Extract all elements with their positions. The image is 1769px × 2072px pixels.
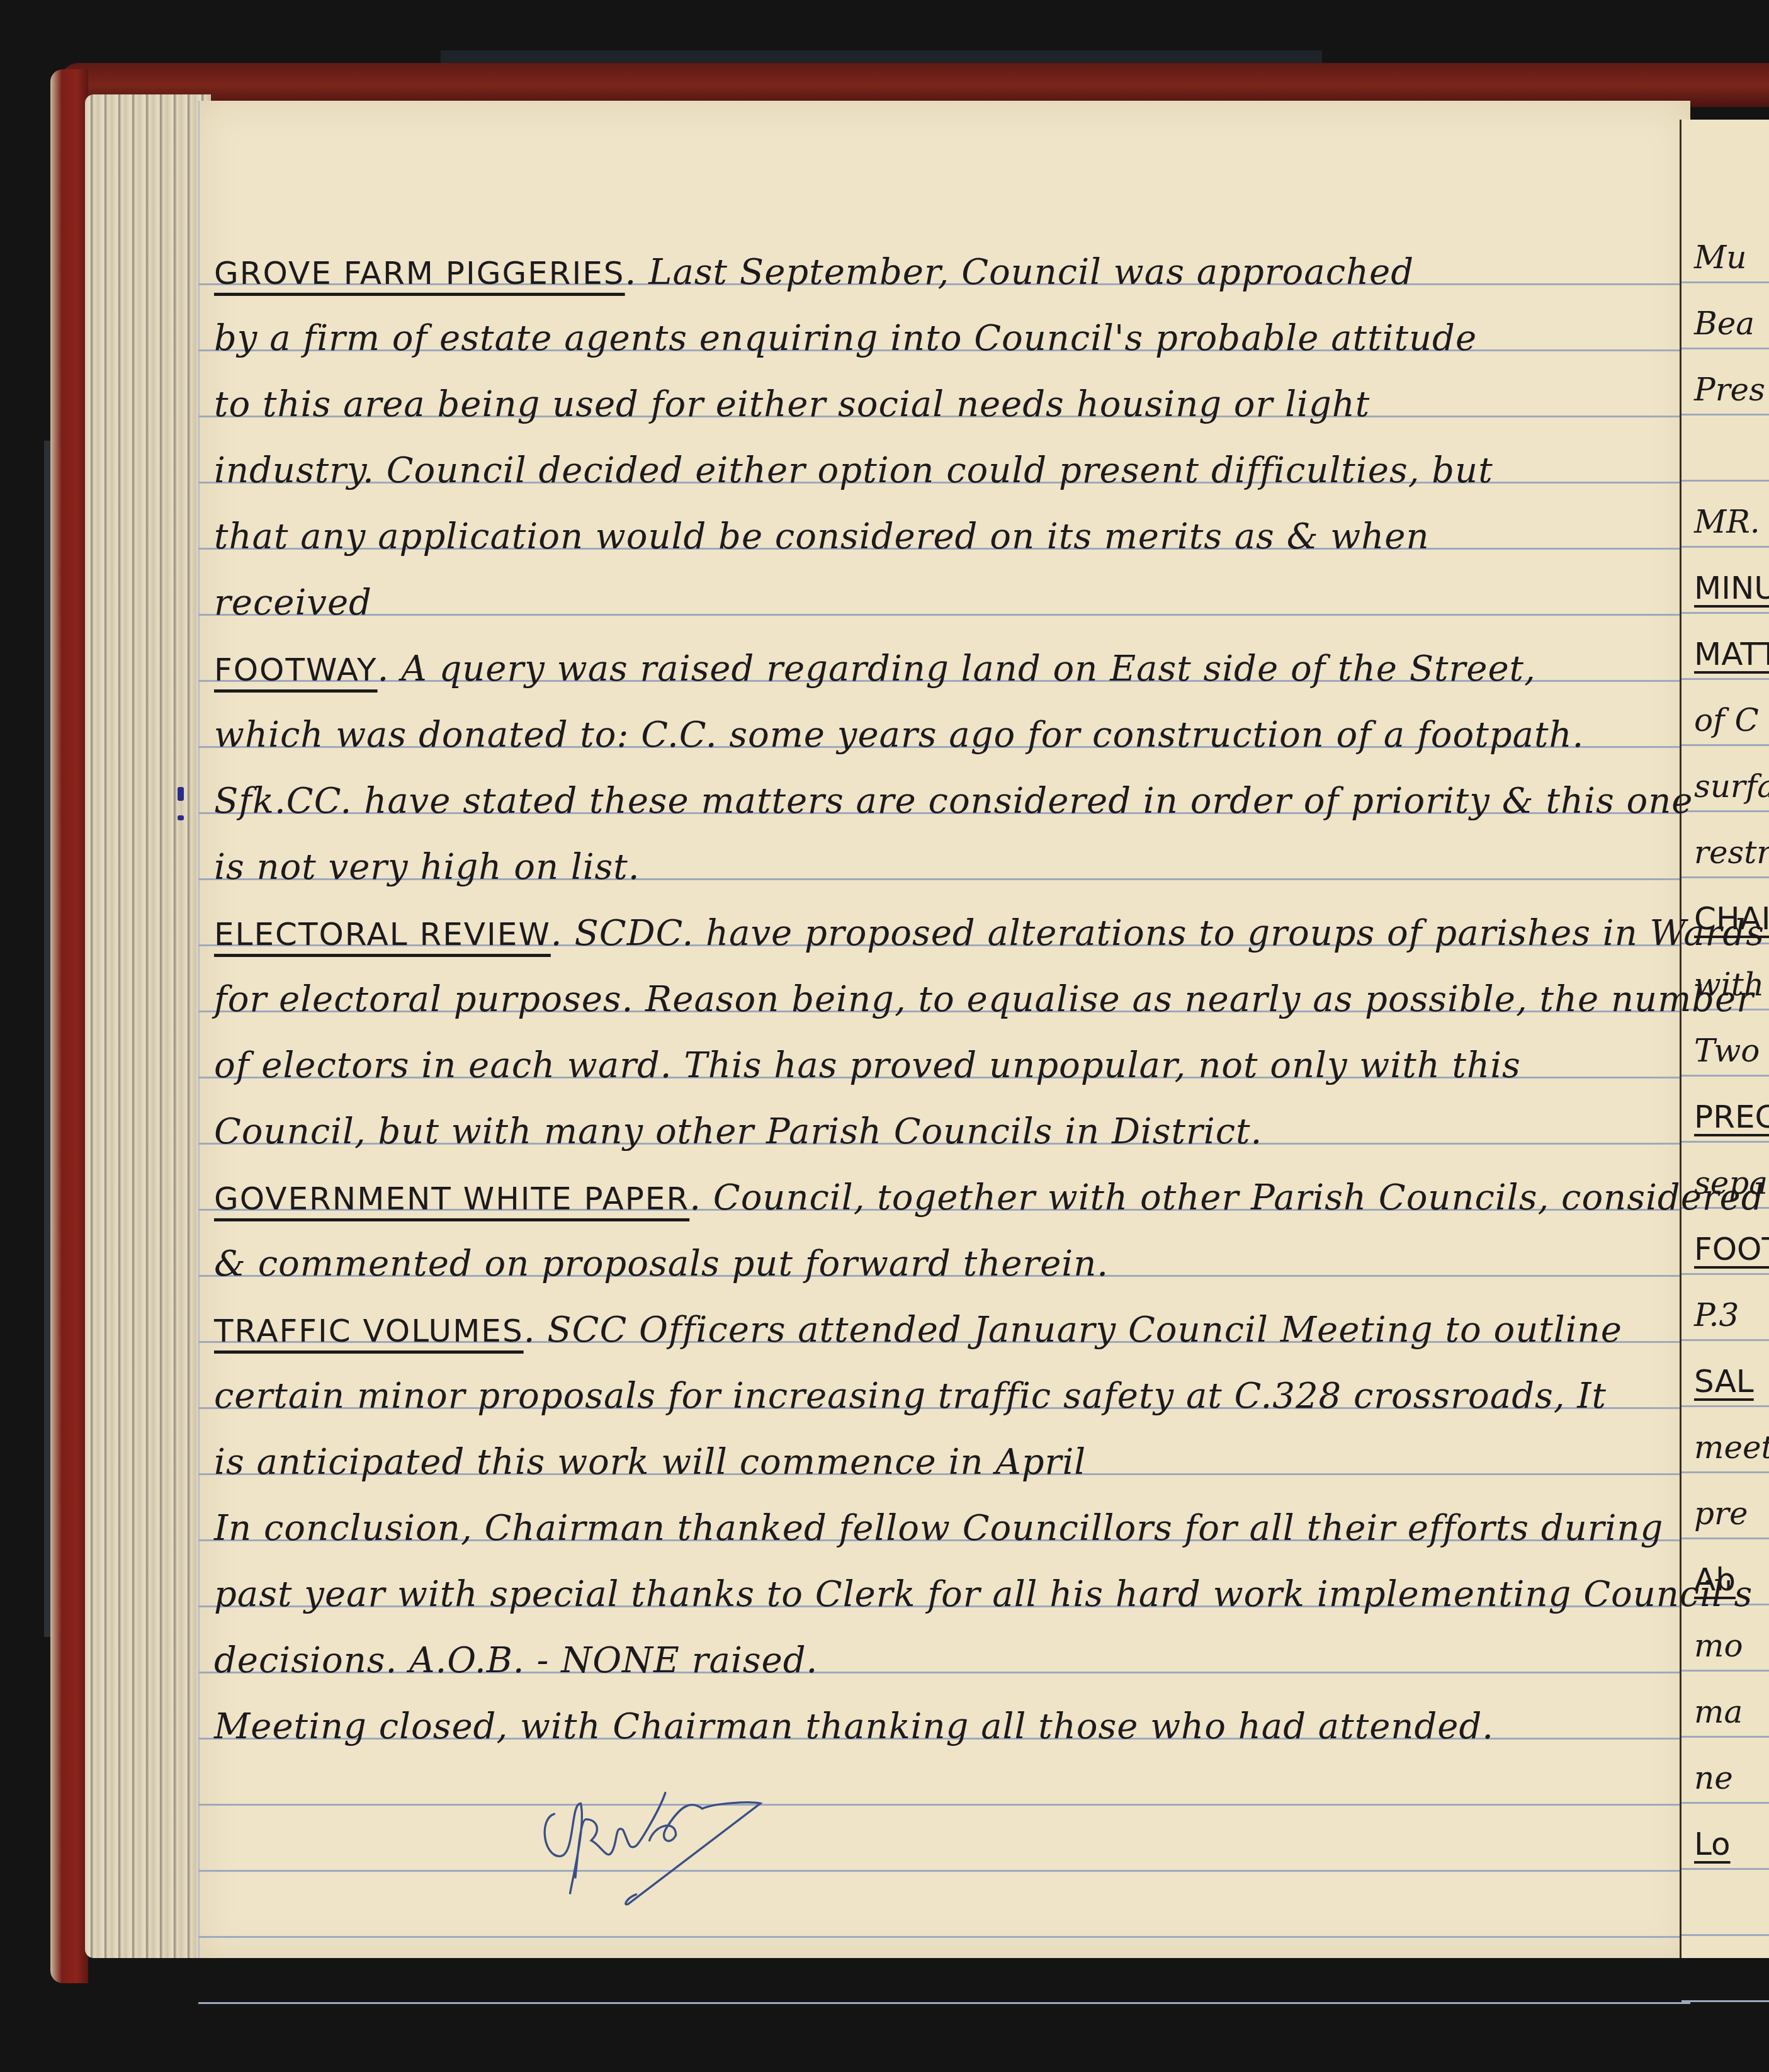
minutes-line: FOOTWAY. A query was raised regarding la…: [214, 636, 1681, 702]
line-text: . Council, together with other Parish Co…: [689, 1177, 1764, 1218]
line-text: Council, but with many other Parish Coun…: [214, 1111, 1262, 1152]
ruled-line: [1681, 1736, 1769, 1738]
line-text: . A query was raised regarding land on E…: [378, 648, 1536, 689]
minutes-line: GROVE FARM PIGGERIES. Last September, Co…: [214, 239, 1681, 305]
section-heading: ELECTORAL REVIEW: [214, 916, 551, 953]
line-text: to this area being used for either socia…: [214, 384, 1370, 425]
ruled-line: [1681, 876, 1769, 878]
minutes-line: past year with special thanks to Clerk f…: [214, 1561, 1681, 1628]
minutes-line: industry. Council decided either option …: [214, 438, 1681, 504]
ruled-line: [1681, 1934, 1769, 1936]
minutes-line: is anticipated this work will commence i…: [214, 1429, 1681, 1495]
minutes-line: decisions. A.O.B. - NONE raised.: [214, 1628, 1681, 1694]
minutes-line: ELECTORAL REVIEW. SCDC. have proposed al…: [214, 900, 1681, 966]
ruled-line: [198, 1804, 1690, 1806]
facing-page-fragment: PREC: [1694, 1099, 1769, 1135]
margin-mark-icon: [178, 815, 184, 820]
minutes-line: In conclusion, Chairman thanked fellow C…: [214, 1495, 1681, 1561]
facing-page-fragment: Two: [1694, 1033, 1760, 1069]
ruled-line: [1681, 281, 1769, 283]
facing-page: MuBeaPresMR.MINUMATTEof CsurfarestrCHAIw…: [1680, 120, 1769, 1958]
line-text: industry. Council decided either option …: [214, 450, 1493, 491]
minutes-line: certain minor proposals for increasing t…: [214, 1363, 1681, 1429]
facing-page-fragment: ne: [1694, 1760, 1733, 1796]
facing-page-fragment: MINU: [1694, 570, 1769, 606]
ruled-line: [198, 1870, 1690, 1872]
facing-page-fragment: Bea: [1694, 305, 1755, 342]
line-text: that any application would be considered…: [214, 516, 1429, 557]
facing-page-fragment: ma: [1694, 1694, 1743, 1730]
ruled-line: [1681, 348, 1769, 349]
minutes-line: is not very high on list.: [214, 834, 1681, 900]
line-text: received: [214, 582, 372, 623]
ruled-line: [1681, 612, 1769, 614]
facing-page-fragment: Mu: [1694, 239, 1746, 276]
ruled-line: [1681, 1339, 1769, 1341]
minutes-line: by a firm of estate agents enquiring int…: [214, 305, 1681, 371]
minutes-line: of electors in each ward. This has prove…: [214, 1033, 1681, 1099]
margin-mark-icon: [178, 787, 184, 801]
minutes-line: TRAFFIC VOLUMES. SCC Officers attended J…: [214, 1297, 1681, 1363]
minutes-line: to this area being used for either socia…: [214, 371, 1681, 438]
facing-page-fragment: Lo: [1694, 1826, 1731, 1862]
page-edges-stack: [85, 94, 211, 1958]
ruled-line: [1681, 810, 1769, 812]
line-text: which was donated to: C.C. some years ag…: [214, 715, 1584, 756]
facing-page-fragment: SAL: [1694, 1363, 1754, 1400]
signature: [523, 1769, 787, 1935]
section-heading: TRAFFIC VOLUMES: [214, 1313, 524, 1349]
facing-page-fragment: meet: [1694, 1429, 1769, 1466]
ruled-line: [1681, 1868, 1769, 1870]
section-heading: GOVERNMENT WHITE PAPER: [214, 1180, 689, 1217]
book-cover-left-edge: [50, 69, 88, 1983]
line-text: . Last September, Council was approached: [625, 252, 1414, 293]
line-text: & commented on proposals put forward the…: [214, 1243, 1109, 1284]
ruled-line: [1681, 1471, 1769, 1473]
signature-icon: [523, 1769, 787, 1933]
minutes-line: Council, but with many other Parish Coun…: [214, 1099, 1681, 1165]
facing-page-fragment: MR.: [1694, 504, 1760, 540]
line-text: Meeting closed, with Chairman thanking a…: [214, 1706, 1494, 1747]
minutes-line: that any application would be considered…: [214, 504, 1681, 570]
facing-page-fragment: Pres: [1694, 371, 1765, 408]
minutes-line: Meeting closed, with Chairman thanking a…: [214, 1694, 1681, 1760]
line-text: for electoral purposes. Reason being, to…: [214, 979, 1754, 1020]
minutes-line: Sfk.CC. have stated these matters are co…: [214, 768, 1681, 834]
facing-page-fragment: restr: [1694, 834, 1769, 871]
ruled-line: [1681, 414, 1769, 416]
facing-page-fragment: pre: [1694, 1495, 1748, 1532]
line-text: . SCDC. have proposed alterations to gro…: [551, 913, 1765, 954]
line-text: In conclusion, Chairman thanked fellow C…: [214, 1508, 1663, 1549]
ruled-line: [1681, 546, 1769, 548]
ruled-line: [1681, 480, 1769, 482]
facing-page-fragment: mo: [1694, 1628, 1743, 1664]
ruled-line: [1681, 2000, 1769, 2002]
ruled-line: [1681, 1670, 1769, 1672]
ruled-line: [1681, 1405, 1769, 1407]
ruled-line: [1681, 1273, 1769, 1275]
line-text: . SCC Officers attended January Council …: [524, 1310, 1622, 1350]
facing-page-fragment: FOOT: [1694, 1231, 1769, 1267]
line-text: certain minor proposals for increasing t…: [214, 1376, 1607, 1417]
line-text: is not very high on list.: [214, 847, 640, 888]
line-text: is anticipated this work will commence i…: [214, 1442, 1086, 1483]
ruled-line: [198, 1936, 1690, 1938]
ruled-line: [1681, 678, 1769, 680]
ruled-line: [1681, 1537, 1769, 1539]
line-text: past year with special thanks to Clerk f…: [214, 1574, 1753, 1615]
margin-rule: [198, 101, 200, 1958]
minutes-line: received: [214, 570, 1681, 636]
line-text: by a firm of estate agents enquiring int…: [214, 318, 1477, 359]
line-text: of electors in each ward. This has prove…: [214, 1045, 1521, 1086]
minutes-line: & commented on proposals put forward the…: [214, 1231, 1681, 1297]
line-text: decisions. A.O.B. - NONE raised.: [214, 1640, 818, 1681]
facing-page-fragment: MATTE: [1694, 636, 1769, 672]
minutes-line: for electoral purposes. Reason being, to…: [214, 966, 1681, 1033]
ruled-line: [198, 2002, 1690, 2004]
facing-page-fragment: surfa: [1694, 768, 1769, 805]
ruled-line: [1681, 744, 1769, 746]
line-text: Sfk.CC. have stated these matters are co…: [214, 781, 1693, 822]
ruled-line: [1681, 1802, 1769, 1804]
minutes-line: GOVERNMENT WHITE PAPER. Council, togethe…: [214, 1165, 1681, 1231]
minutes-line: which was donated to: C.C. some years ag…: [214, 702, 1681, 768]
ruled-line: [1681, 1075, 1769, 1077]
facing-page-fragment: P.3: [1694, 1297, 1739, 1333]
ruled-line: [1681, 1141, 1769, 1143]
section-heading: GROVE FARM PIGGERIES: [214, 255, 625, 292]
section-heading: FOOTWAY: [214, 652, 378, 688]
facing-page-fragment: of C: [1694, 702, 1759, 739]
